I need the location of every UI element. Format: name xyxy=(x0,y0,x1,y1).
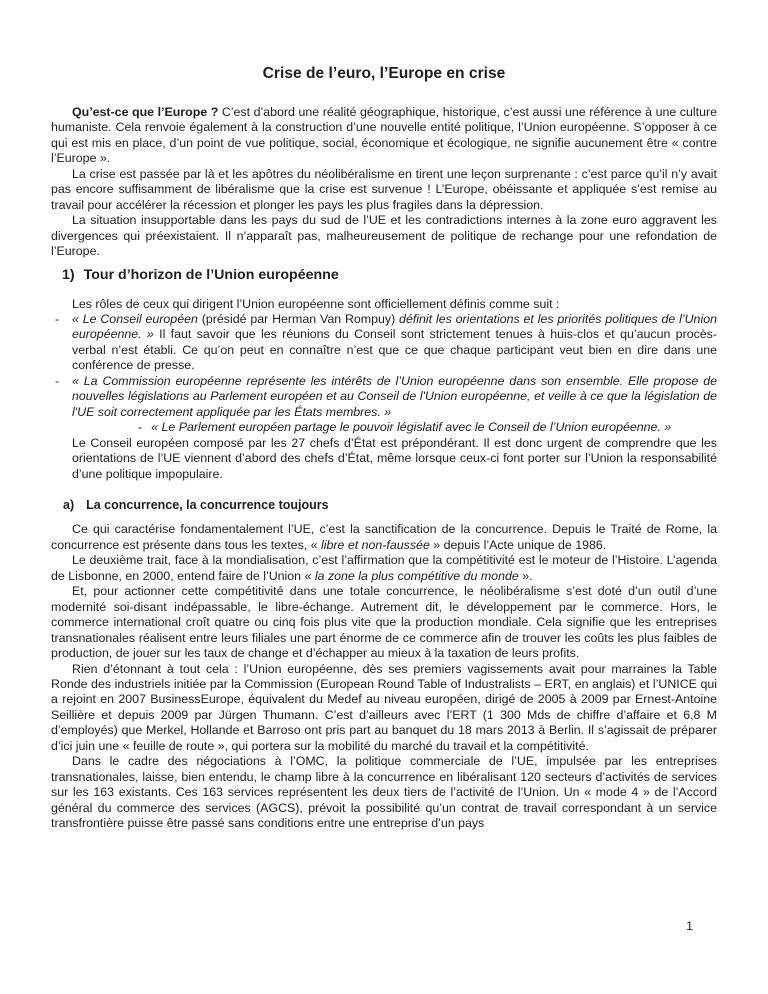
conseil-quote-open: « Le Conseil européen xyxy=(72,312,202,326)
bullet-dash: - xyxy=(55,374,59,389)
document-content: Crise de l’euro, l’Europe en crise Qu’es… xyxy=(51,64,717,831)
conseil-comment: Il faut savoir que les réunions du Conse… xyxy=(72,327,717,372)
concurrence-paragraph-2: Le deuxième trait, face à la mondialisat… xyxy=(51,553,717,584)
intro-paragraph-2: La crise est passée par là et les apôtre… xyxy=(51,167,717,213)
commission-quote: « La Commission européenne représente le… xyxy=(72,374,717,419)
subsection-heading-a-title: La concurrence, la concurrence toujours xyxy=(86,498,328,512)
document-page: Crise de l’euro, l’Europe en crise Qu’es… xyxy=(0,0,768,994)
intro-paragraph-1: Qu’est-ce que l’Europe ? C’est d’abord u… xyxy=(51,105,717,167)
section-heading-1-title: Tour d’horizon de l’Union européenne xyxy=(84,267,339,283)
intro-lead-question: Qu’est-ce que l’Europe ? xyxy=(72,105,218,119)
intro-paragraph-3: La situation insupportable dans les pays… xyxy=(51,213,717,259)
roles-intro-paragraph: Les rôles de ceux qui dirigent l’Union e… xyxy=(51,297,717,312)
concurrence-paragraph-5: Dans le cadre des négociations à l’OMC, … xyxy=(51,754,717,831)
concurrence-p2-end: ». xyxy=(519,569,533,583)
bullet-dash: - xyxy=(138,420,142,434)
parlement-quote: « Le Parlement européen partage le pouvo… xyxy=(151,420,671,434)
section-heading-1-number: 1) xyxy=(62,266,75,284)
concurrence-p2-quote: la zone la plus compétitive du monde xyxy=(315,569,519,583)
concurrence-paragraph-4: Rien d’étonnant à tout cela : l’Union eu… xyxy=(51,662,717,755)
conseil-parenthetical: (présidé par Herman Van Rompuy) xyxy=(202,312,399,326)
concurrence-p1-quote: libre et non-faussée xyxy=(321,538,430,552)
subsection-heading-a: a)La concurrence, la concurrence toujour… xyxy=(51,498,717,513)
list-item-commission: -« La Commission européenne représente l… xyxy=(51,374,717,420)
document-title: Crise de l’euro, l’Europe en crise xyxy=(51,64,717,83)
subsection-heading-a-number: a) xyxy=(63,498,74,513)
concurrence-p1-end: » depuis l’Acte unique de 1986. xyxy=(430,538,606,552)
section-heading-1: 1)Tour d’horizon de l’Union européenne xyxy=(51,266,717,284)
list-item-conseil: -« Le Conseil européen (présidé par Herm… xyxy=(51,312,717,374)
bullet-dash: - xyxy=(55,312,59,327)
parlement-continuation: Le Conseil européen composé par les 27 c… xyxy=(51,436,717,482)
concurrence-paragraph-3: Et, pour actionner cette compétitivité d… xyxy=(51,584,717,661)
list-item-parlement: -« Le Parlement européen partage le pouv… xyxy=(51,420,717,435)
concurrence-paragraph-1: Ce qui caractérise fondamentalement l’UE… xyxy=(51,522,717,553)
page-number: 1 xyxy=(686,919,693,933)
